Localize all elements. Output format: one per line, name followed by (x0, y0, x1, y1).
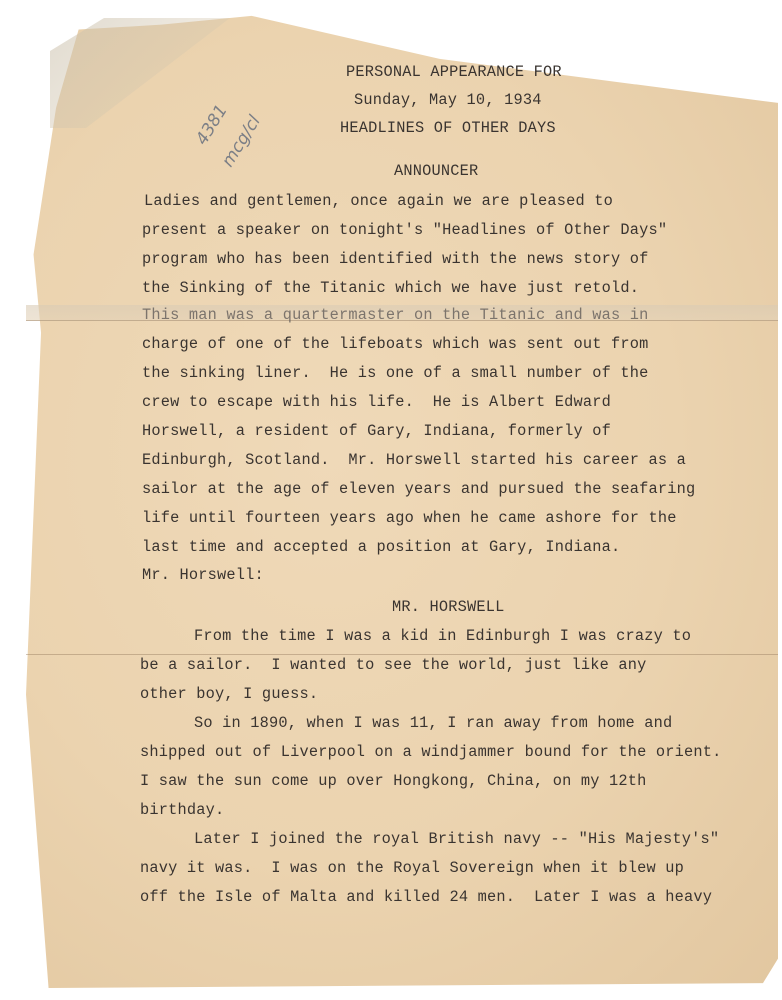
speaker-horswell: MR. HORSWELL (392, 598, 505, 616)
announcer-line: sailor at the age of eleven years and pu… (142, 480, 695, 498)
announcer-line: program who has been identified with the… (142, 250, 649, 268)
horswell-line: From the time I was a kid in Edinburgh I… (194, 627, 691, 645)
announcer-line: Mr. Horswell: (142, 566, 264, 584)
announcer-line: This man was a quartermaster on the Tita… (142, 306, 649, 324)
announcer-line: the Sinking of the Titanic which we have… (142, 279, 639, 297)
header-title: PERSONAL APPEARANCE FOR (346, 63, 562, 81)
announcer-line: the sinking liner. He is one of a small … (142, 364, 649, 382)
horswell-line: So in 1890, when I was 11, I ran away fr… (194, 714, 672, 732)
horswell-line: navy it was. I was on the Royal Sovereig… (140, 859, 684, 877)
announcer-line: crew to escape with his life. He is Albe… (142, 393, 611, 411)
announcer-line: life until fourteen years ago when he ca… (142, 509, 677, 527)
horswell-line: off the Isle of Malta and killed 24 men.… (140, 888, 712, 906)
announcer-line: present a speaker on tonight's "Headline… (142, 221, 667, 239)
header-date: Sunday, May 10, 1934 (354, 91, 542, 109)
announcer-line: Edinburgh, Scotland. Mr. Horswell starte… (142, 451, 686, 469)
fold-line (26, 654, 778, 655)
horswell-line: be a sailor. I wanted to see the world, … (140, 656, 647, 674)
announcer-line: Ladies and gentlemen, once again we are … (144, 192, 613, 210)
horswell-line: Later I joined the royal British navy --… (194, 830, 719, 848)
horswell-line: shipped out of Liverpool on a windjammer… (140, 743, 722, 761)
announcer-line: charge of one of the lifeboats which was… (142, 335, 649, 353)
horswell-line: other boy, I guess. (140, 685, 318, 703)
speaker-announcer: ANNOUNCER (394, 162, 478, 180)
horswell-line: birthday. (140, 801, 224, 819)
header-program: HEADLINES OF OTHER DAYS (340, 119, 556, 137)
announcer-line: last time and accepted a position at Gar… (142, 538, 620, 556)
announcer-line: Horswell, a resident of Gary, Indiana, f… (142, 422, 611, 440)
horswell-line: I saw the sun come up over Hongkong, Chi… (140, 772, 647, 790)
